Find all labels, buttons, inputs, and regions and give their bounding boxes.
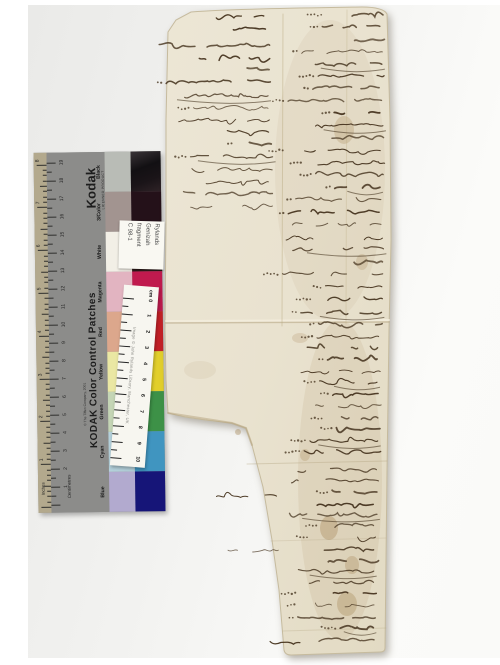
number-dot: [329, 186, 331, 188]
number-dot: [292, 50, 294, 52]
number-dot: [294, 440, 296, 442]
number-dot: [307, 87, 309, 89]
number-dot: [306, 174, 308, 176]
number-dot: [321, 418, 323, 420]
number-dot: [320, 14, 322, 16]
number-dot: [263, 273, 265, 275]
number-dot: [272, 101, 274, 103]
number-dot: [290, 162, 292, 164]
number-dot: [317, 418, 319, 420]
number-dot: [313, 285, 315, 287]
small-ruler-tick: [116, 385, 122, 386]
handwriting-line: [228, 550, 278, 552]
number-dot: [174, 155, 176, 157]
number-dot: [266, 272, 268, 274]
number-dot: [178, 157, 180, 159]
small-ruler-tick: [120, 337, 126, 338]
small-ruler-number: 5: [141, 378, 147, 381]
number-dot: [291, 593, 293, 595]
number-dot: [319, 492, 321, 494]
shelfmark-text: Rylands Genizah fragment C 98-1: [123, 223, 160, 268]
number-dot: [323, 492, 325, 494]
number-dot: [268, 150, 270, 152]
number-dot: [313, 13, 315, 15]
number-dot: [299, 174, 301, 176]
number-dot: [320, 287, 322, 289]
number-dot: [160, 82, 162, 84]
number-dot: [328, 111, 330, 113]
number-dot: [306, 536, 308, 538]
number-dot: [310, 381, 312, 383]
number-dot: [298, 450, 300, 452]
number-dot: [299, 536, 301, 538]
number-dot: [310, 26, 312, 28]
number-dot: [324, 627, 326, 629]
small-ruler-tick: [114, 409, 125, 411]
small-ruler-tick: [114, 417, 120, 418]
number-dot: [296, 161, 298, 163]
small-ruler-tick: [122, 314, 133, 316]
number-dot: [307, 336, 309, 338]
small-ruler-number: 4: [142, 362, 148, 365]
number-dot: [324, 428, 326, 430]
number-dot: [296, 535, 298, 537]
shelfmark-sticker: Rylands Genizah fragment C 98-1: [118, 220, 164, 269]
number-dot: [181, 155, 183, 157]
small-ruler-tick: [121, 322, 127, 323]
number-dot: [308, 524, 310, 526]
small-ruler-number: 3: [143, 346, 149, 349]
small-ruler-tick: [113, 425, 124, 427]
number-dot: [294, 592, 296, 594]
small-ruler-tick: [118, 361, 129, 363]
number-dot: [296, 299, 298, 301]
small-ruler-tick: [119, 345, 130, 347]
sticker-line: Genizah: [141, 223, 151, 267]
number-dot: [305, 525, 307, 527]
number-dot: [326, 491, 328, 493]
number-dot: [290, 604, 292, 606]
number-dot: [279, 99, 281, 101]
number-dot: [334, 628, 336, 630]
number-dot: [282, 149, 284, 151]
number-dot: [314, 417, 316, 419]
number-dot: [302, 76, 304, 78]
small-ruler-number: 1: [146, 314, 152, 317]
number-dot: [290, 439, 292, 441]
number-dot: [305, 75, 307, 77]
number-dot: [309, 298, 311, 300]
number-dot: [279, 212, 281, 214]
number-dot: [316, 26, 318, 28]
number-dot: [284, 593, 286, 595]
small-ruler-tick: [120, 329, 131, 331]
number-dot: [318, 358, 320, 360]
number-dot: [290, 198, 292, 200]
small-ruler-tick: [115, 393, 126, 395]
number-dot: [185, 156, 187, 158]
number-dot: [303, 87, 305, 89]
number-dot: [303, 380, 305, 382]
number-dot: [306, 298, 308, 300]
number-dot: [297, 439, 299, 441]
small-ruler-tick: [110, 457, 121, 459]
number-dot: [310, 418, 312, 420]
small-ruler-number: 9: [136, 442, 142, 445]
number-dot: [307, 382, 309, 384]
number-dot: [285, 451, 287, 453]
number-dot: [320, 427, 322, 429]
number-dot: [327, 627, 329, 629]
number-dot: [181, 108, 183, 110]
number-dot: [312, 525, 314, 527]
number-dot: [230, 142, 232, 144]
number-dot: [291, 450, 293, 452]
number-dot: [296, 50, 298, 52]
number-dot: [275, 151, 277, 153]
number-dot: [325, 186, 327, 188]
number-dot: [309, 74, 311, 76]
number-dot: [288, 452, 290, 454]
cm-unit-label: cm: [147, 290, 154, 298]
small-ruler-tick: [115, 401, 121, 402]
number-dot: [188, 107, 190, 109]
manuscript-fragment: [0, 0, 500, 665]
number-dot: [321, 112, 323, 114]
number-dot: [310, 14, 312, 16]
number-dot: [184, 108, 186, 110]
number-dot: [299, 299, 301, 301]
number-dot: [323, 392, 325, 394]
number-dot: [314, 381, 316, 383]
number-dot: [304, 337, 306, 339]
number-dot: [157, 81, 159, 83]
number-dot: [275, 99, 277, 101]
number-dot: [299, 76, 301, 78]
number-dot: [227, 143, 229, 145]
number-dot: [281, 593, 283, 595]
number-dot: [287, 605, 289, 607]
number-dot: [320, 393, 322, 395]
number-dot: [316, 490, 318, 492]
number-dot: [300, 161, 302, 163]
small-ruler-number: 0: [147, 299, 153, 302]
number-dot: [289, 617, 291, 619]
number-dot: [286, 198, 288, 200]
small-ruler-number: 8: [137, 426, 143, 429]
small-ruler-tick: [111, 449, 117, 450]
number-dot: [270, 273, 272, 275]
number-dot: [322, 358, 324, 360]
number-dot: [317, 15, 319, 17]
number-dot: [304, 439, 306, 441]
small-ruler-tick: [122, 306, 128, 307]
number-dot: [271, 150, 273, 152]
number-dot: [301, 336, 303, 338]
small-ruler-tick: [119, 353, 125, 354]
number-dot: [312, 75, 314, 77]
small-ruler-tick: [123, 298, 134, 300]
number-dot: [300, 440, 302, 442]
number-dot: [311, 335, 313, 337]
small-ruler-number: 6: [139, 394, 145, 397]
number-dot: [303, 174, 305, 176]
number-dot: [276, 274, 278, 276]
number-dot: [177, 107, 179, 109]
number-dot: [295, 311, 297, 313]
number-dot: [293, 603, 295, 605]
small-ruler-number: 2: [144, 330, 150, 333]
small-ruler-number: 7: [138, 410, 144, 413]
small-ruler-tick: [112, 433, 118, 434]
digitized-manuscript-photo: Inches 12345678 123456789101112131415161…: [0, 0, 500, 665]
number-dot: [327, 428, 329, 430]
image-credit: Image © John Rylands Library, Manchester…: [125, 327, 138, 424]
small-ruler-tick: [117, 377, 128, 379]
small-ruler-tick: [112, 441, 123, 443]
number-dot: [292, 617, 294, 619]
number-dot: [295, 450, 297, 452]
number-dot: [313, 26, 315, 28]
number-dot: [310, 173, 312, 175]
number-dot: [330, 427, 332, 429]
small-ruler-tick: [117, 369, 123, 370]
number-dot: [327, 393, 329, 395]
number-dot: [331, 627, 333, 629]
number-dot: [321, 626, 323, 628]
number-dot: [303, 536, 305, 538]
sticker-line: fragment: [132, 223, 142, 267]
small-ruler-number: 10: [134, 456, 140, 462]
sticker-line: C 98-1: [123, 223, 133, 267]
number-dot: [287, 592, 289, 594]
number-dot: [325, 112, 327, 114]
number-dot: [282, 100, 284, 102]
number-dot: [307, 14, 309, 16]
number-dot: [316, 286, 318, 288]
number-dot: [282, 212, 284, 214]
number-dot: [292, 311, 294, 313]
number-dot: [315, 524, 317, 526]
number-dot: [278, 149, 280, 151]
number-dot: [309, 323, 311, 325]
number-dot: [273, 273, 275, 275]
number-dot: [303, 298, 305, 300]
handwriting-margin-note-2: [228, 550, 278, 552]
number-dot: [313, 323, 315, 325]
sticker-line: Rylands: [150, 223, 160, 267]
number-dot: [293, 162, 295, 164]
